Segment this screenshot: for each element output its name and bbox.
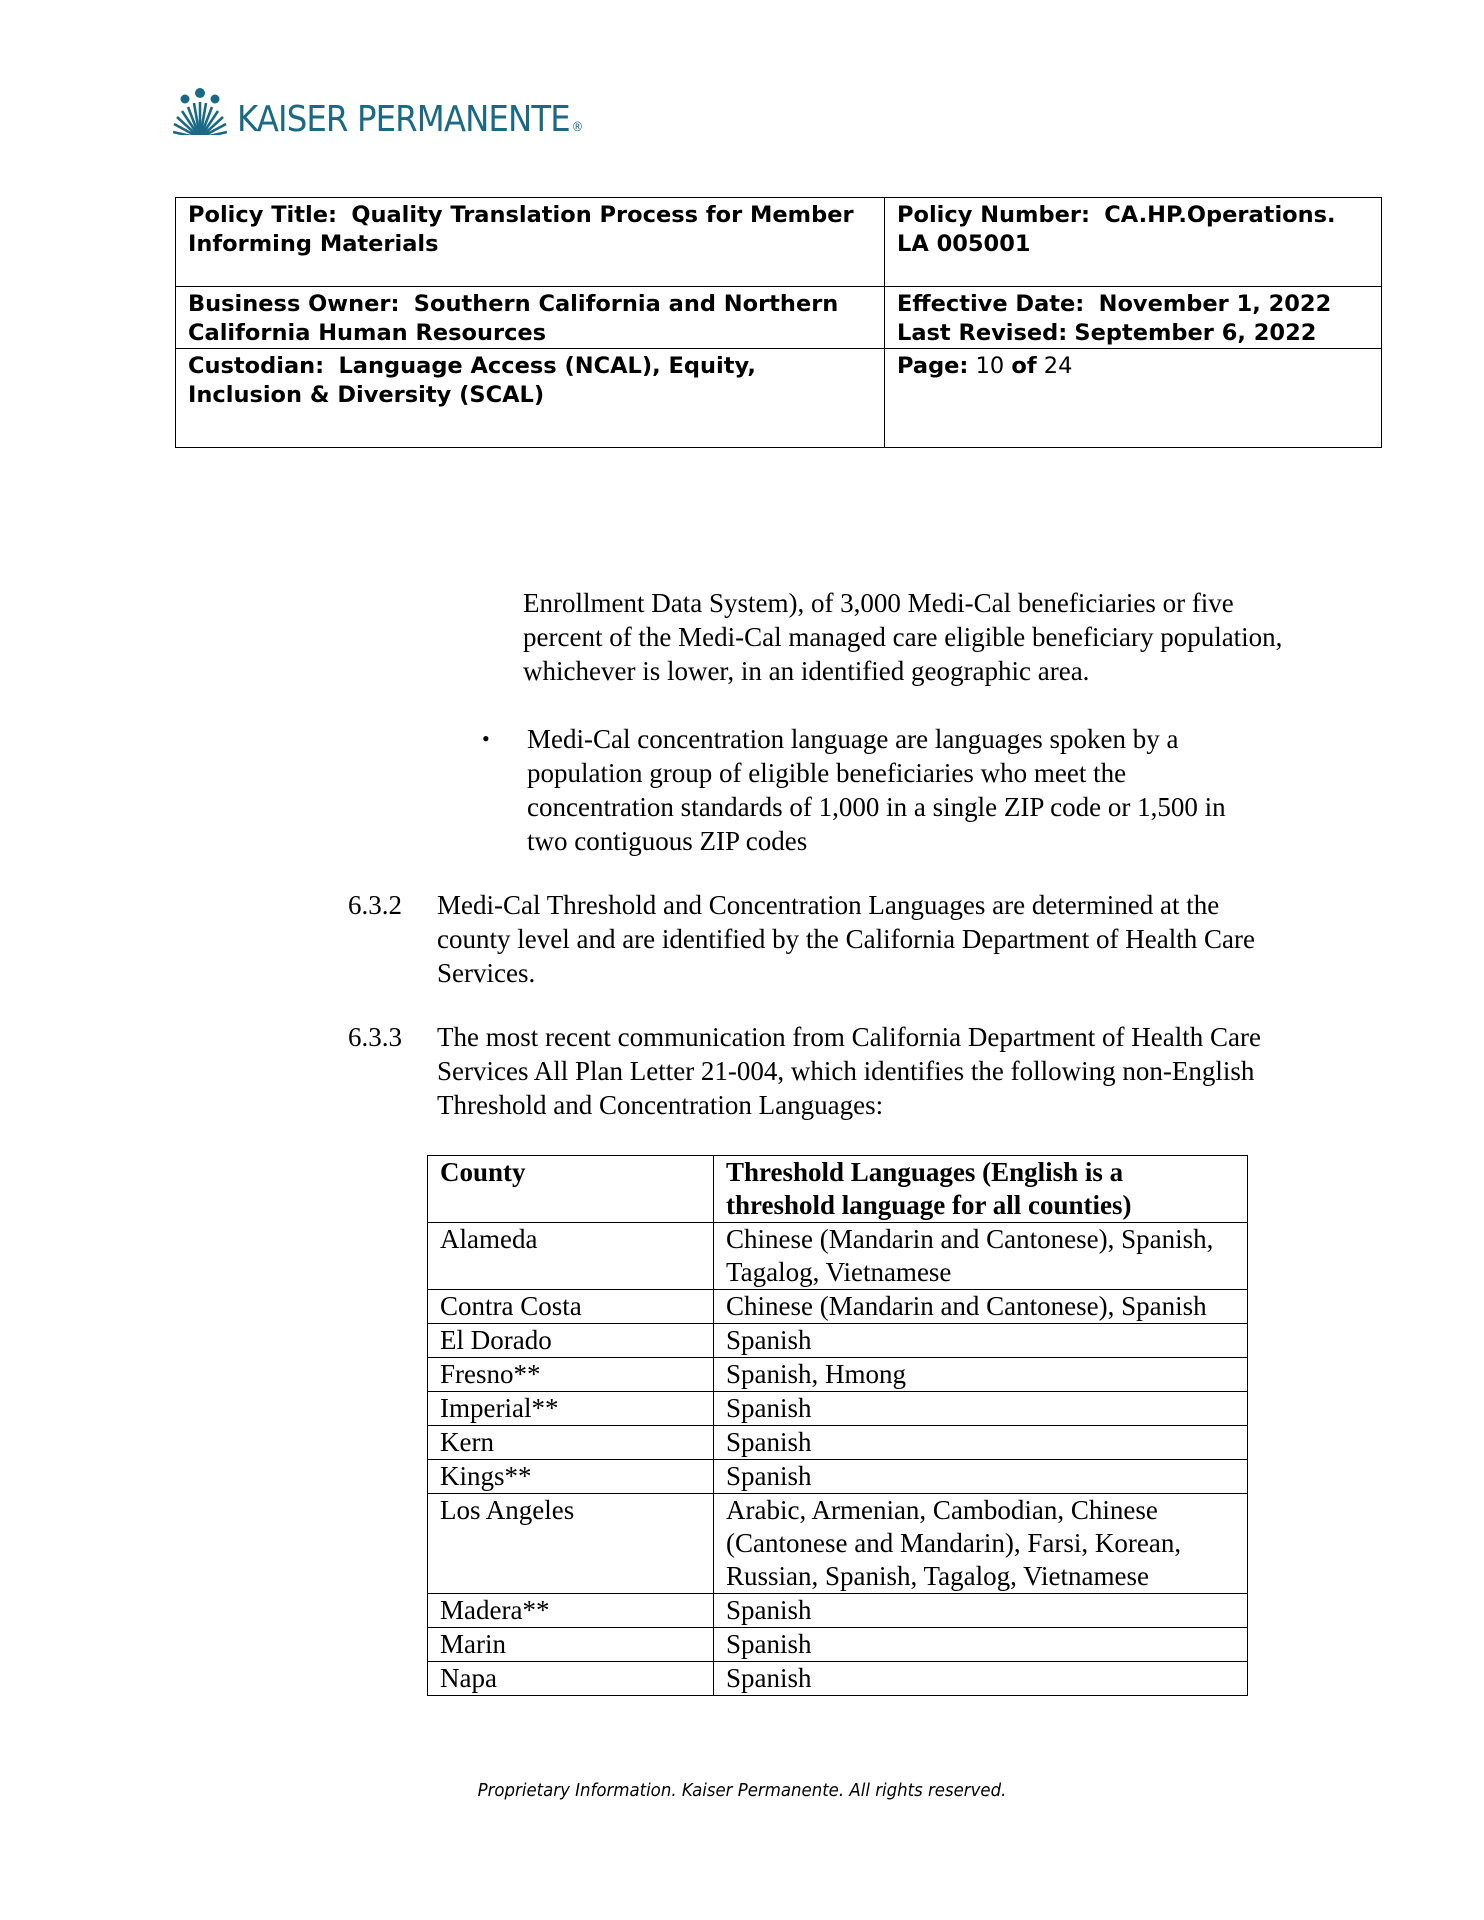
kaiser-permanente-logo: KAISER PERMANENTE® bbox=[173, 84, 621, 140]
page-total: 24 bbox=[1044, 353, 1073, 379]
county-cell: Kings** bbox=[428, 1460, 714, 1494]
table-row: NapaSpanish bbox=[428, 1662, 1248, 1696]
languages-cell: Chinese (Mandarin and Cantonese), Spanis… bbox=[714, 1223, 1248, 1290]
custodian-label: Custodian: bbox=[188, 353, 324, 379]
continued-paragraph: Enrollment Data System), of 3,000 Medi-C… bbox=[523, 586, 1283, 688]
county-cell: Los Angeles bbox=[428, 1494, 714, 1594]
business-owner-label: Business Owner: bbox=[188, 291, 399, 317]
table-row: Los AngelesArabic, Armenian, Cambodian, … bbox=[428, 1494, 1248, 1594]
section-text: Medi-Cal Threshold and Concentration Lan… bbox=[437, 888, 1267, 990]
county-cell: Alameda bbox=[428, 1223, 714, 1290]
registered-mark: ® bbox=[572, 120, 583, 135]
column-header-threshold-languages: Threshold Languages (English is a thresh… bbox=[714, 1156, 1248, 1223]
section-number: 6.3.2 bbox=[348, 888, 437, 990]
section-number: 6.3.3 bbox=[348, 1020, 437, 1122]
county-cell: Madera** bbox=[428, 1594, 714, 1628]
section-text: The most recent communication from Calif… bbox=[437, 1020, 1267, 1122]
logo-wordmark: KAISER PERMANENTE® bbox=[237, 102, 582, 140]
languages-cell: Spanish bbox=[714, 1628, 1248, 1662]
business-owner-cell: Business Owner: Southern California and … bbox=[176, 287, 885, 349]
footer-proprietary-notice: Proprietary Information. Kaiser Permanen… bbox=[59, 1780, 1424, 1801]
page-of: of bbox=[1011, 353, 1036, 379]
table-header-row: County Threshold Languages (English is a… bbox=[428, 1156, 1248, 1223]
table-row: Fresno**Spanish, Hmong bbox=[428, 1358, 1248, 1392]
languages-cell: Spanish bbox=[714, 1426, 1248, 1460]
languages-cell: Spanish bbox=[714, 1392, 1248, 1426]
table-row: MarinSpanish bbox=[428, 1628, 1248, 1662]
bullet-text: Medi-Cal concentration language are lang… bbox=[527, 722, 1267, 858]
languages-cell: Chinese (Mandarin and Cantonese), Spanis… bbox=[714, 1290, 1248, 1324]
column-header-county: County bbox=[428, 1156, 714, 1223]
table-row: Contra CostaChinese (Mandarin and Canton… bbox=[428, 1290, 1248, 1324]
table-row: AlamedaChinese (Mandarin and Cantonese),… bbox=[428, 1223, 1248, 1290]
last-revised-value: September 6, 2022 bbox=[1074, 320, 1316, 346]
county-cell: El Dorado bbox=[428, 1324, 714, 1358]
languages-cell: Spanish bbox=[714, 1594, 1248, 1628]
table-row: KernSpanish bbox=[428, 1426, 1248, 1460]
policy-number-cell: Policy Number: CA.HP.Operations. LA 0050… bbox=[885, 198, 1382, 287]
county-cell: Fresno** bbox=[428, 1358, 714, 1392]
kaiser-permanente-logo-icon bbox=[173, 88, 227, 140]
dates-cell: Effective Date: November 1, 2022 Last Re… bbox=[885, 287, 1382, 349]
languages-cell: Spanish bbox=[714, 1662, 1248, 1696]
languages-cell: Spanish bbox=[714, 1324, 1248, 1358]
page-cell: Page: 10 of 24 bbox=[885, 349, 1382, 448]
languages-cell: Arabic, Armenian, Cambodian, Chinese (Ca… bbox=[714, 1494, 1248, 1594]
last-revised-label: Last Revised: bbox=[897, 320, 1067, 346]
policy-number-label: Policy Number: bbox=[897, 202, 1090, 228]
county-cell: Imperial** bbox=[428, 1392, 714, 1426]
county-cell: Kern bbox=[428, 1426, 714, 1460]
section-6-3-3: 6.3.3 The most recent communication from… bbox=[348, 1020, 1288, 1122]
bullet-icon: • bbox=[478, 722, 527, 858]
effective-date-label: Effective Date: bbox=[897, 291, 1084, 317]
page-current: 10 bbox=[976, 353, 1005, 379]
table-row: Kings**Spanish bbox=[428, 1460, 1248, 1494]
policy-title-cell: Policy Title: Quality Translation Proces… bbox=[176, 198, 885, 287]
custodian-cell: Custodian: Language Access (NCAL), Equit… bbox=[176, 349, 885, 448]
page-label: Page: bbox=[897, 353, 968, 379]
languages-cell: Spanish bbox=[714, 1460, 1248, 1494]
threshold-languages-table: County Threshold Languages (English is a… bbox=[427, 1155, 1248, 1696]
bullet-item: • Medi-Cal concentration language are la… bbox=[478, 722, 1278, 858]
county-cell: Contra Costa bbox=[428, 1290, 714, 1324]
section-6-3-2: 6.3.2 Medi-Cal Threshold and Concentrati… bbox=[348, 888, 1288, 990]
effective-date-value: November 1, 2022 bbox=[1099, 291, 1332, 317]
county-cell: Napa bbox=[428, 1662, 714, 1696]
county-cell: Marin bbox=[428, 1628, 714, 1662]
policy-header-table: Policy Title: Quality Translation Proces… bbox=[175, 197, 1382, 448]
policy-title-label: Policy Title: bbox=[188, 202, 337, 228]
table-row: Madera**Spanish bbox=[428, 1594, 1248, 1628]
languages-cell: Spanish, Hmong bbox=[714, 1358, 1248, 1392]
table-row: El DoradoSpanish bbox=[428, 1324, 1248, 1358]
table-row: Imperial**Spanish bbox=[428, 1392, 1248, 1426]
